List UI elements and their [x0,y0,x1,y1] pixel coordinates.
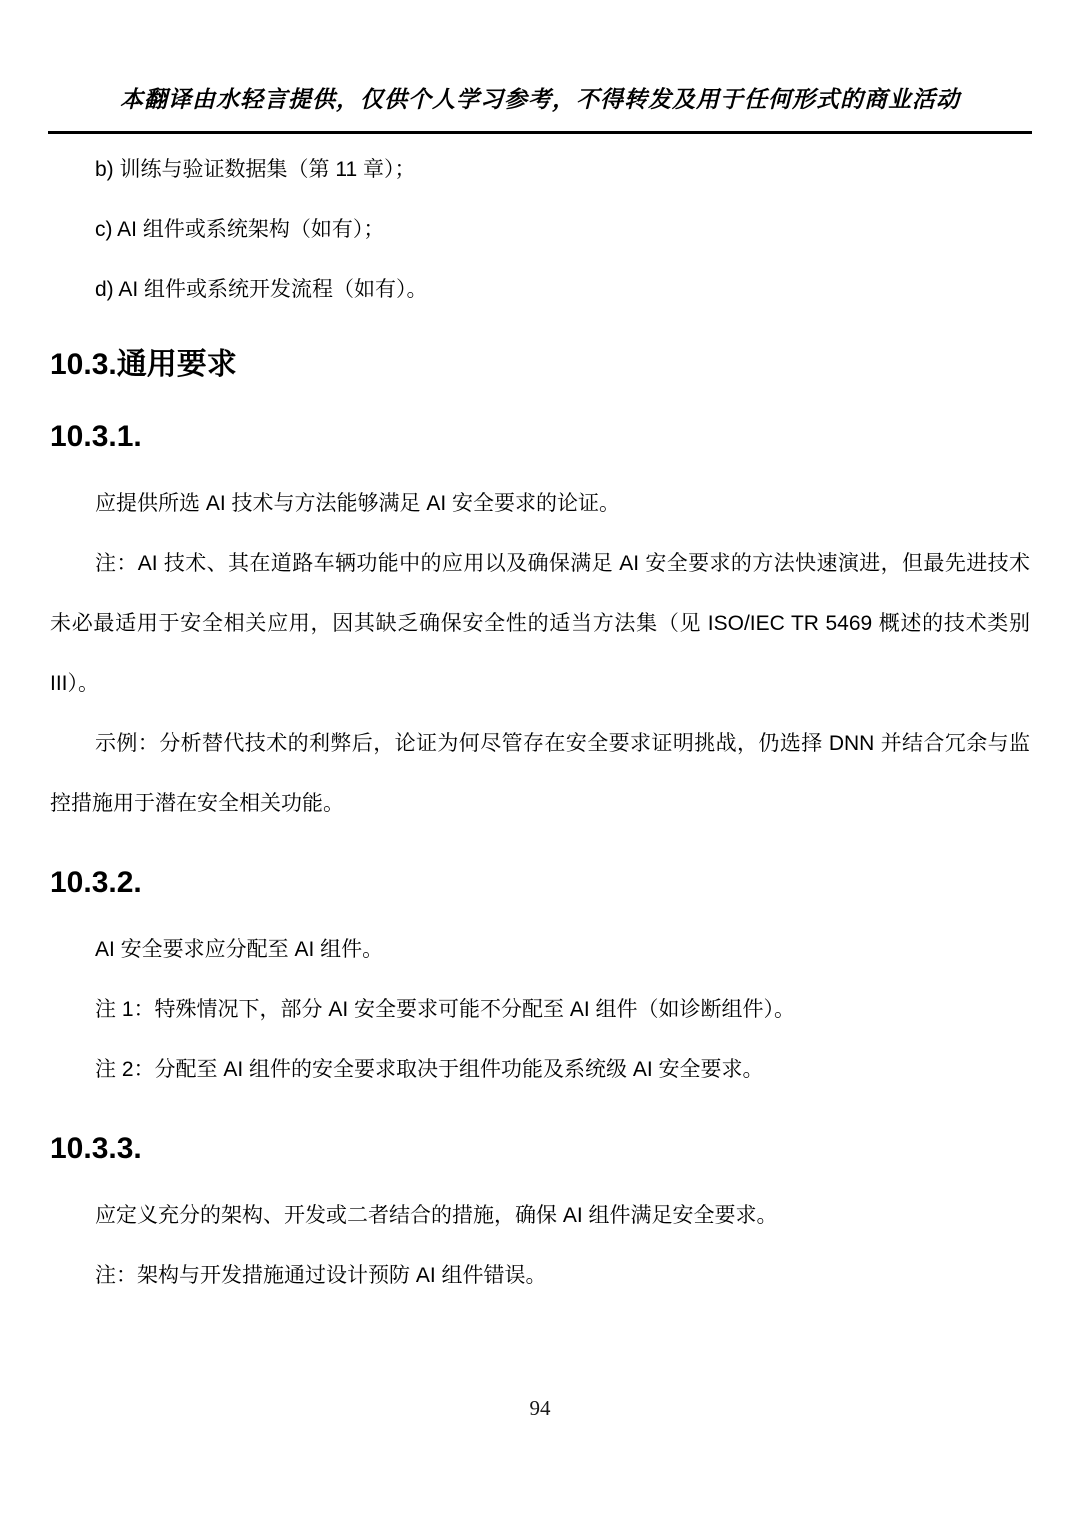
header-divider [48,131,1032,134]
paragraph-10-3-1-requirement: 应提供所选 AI 技术与方法能够满足 AI 安全要求的论证。 [50,474,1030,534]
paragraph-10-3-2-requirement: AI 安全要求应分配至 AI 组件。 [50,920,1030,980]
section-heading-10-3-3: 10.3.3. [50,1126,1030,1172]
section-heading-10-3-1: 10.3.1. [50,414,1030,460]
page-number: 94 [0,1396,1080,1421]
translation-notice: 本翻译由水轻言提供，仅供个人学习参考，不得转发及用于任何形式的商业活动 [0,0,1080,114]
paragraph-10-3-1-note: 注：AI 技术、其在道路车辆功能中的应用以及确保满足 AI 安全要求的方法快速演… [50,534,1030,714]
document-body: b) 训练与验证数据集（第 11 章）； c) AI 组件或系统架构（如有）； … [50,140,1030,1306]
paragraph-10-3-1-example: 示例：分析替代技术的利弊后，论证为何尽管存在安全要求证明挑战，仍选择 DNN 并… [50,714,1030,834]
paragraph-10-3-3-note: 注：架构与开发措施通过设计预防 AI 组件错误。 [50,1246,1030,1306]
section-heading-10-3: 10.3.通用要求 [50,342,1030,388]
list-item-d: d) AI 组件或系统开发流程（如有）。 [50,260,1030,320]
list-item-b: b) 训练与验证数据集（第 11 章）； [50,140,1030,200]
paragraph-10-3-2-note-2: 注 2：分配至 AI 组件的安全要求取决于组件功能及系统级 AI 安全要求。 [50,1040,1030,1100]
list-item-c: c) AI 组件或系统架构（如有）； [50,200,1030,260]
section-heading-10-3-2: 10.3.2. [50,860,1030,906]
document-page: 本翻译由水轻言提供，仅供个人学习参考，不得转发及用于任何形式的商业活动 b) 训… [0,0,1080,1527]
paragraph-10-3-2-note-1: 注 1：特殊情况下，部分 AI 安全要求可能不分配至 AI 组件（如诊断组件）。 [50,980,1030,1040]
paragraph-10-3-3-requirement: 应定义充分的架构、开发或二者结合的措施，确保 AI 组件满足安全要求。 [50,1186,1030,1246]
